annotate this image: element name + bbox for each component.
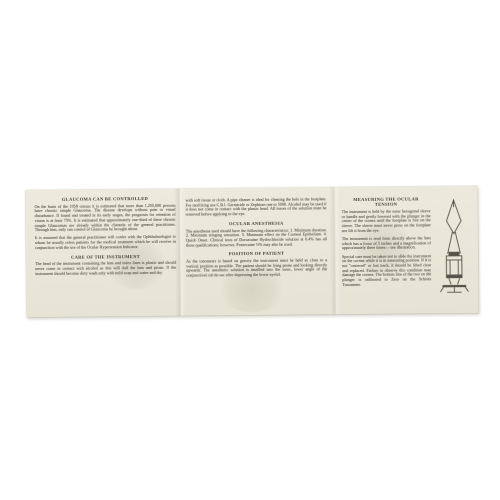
- section-heading: POSITION OF PATIENT: [186, 251, 327, 258]
- fold-crease: [329, 187, 340, 314]
- panel-glaucoma-controlled: GLAUCOMA CAN BE CONTROLLED On the basis …: [34, 196, 176, 280]
- panel-anesthesia-position: with soft tissue or cloth. A pipe cleane…: [185, 197, 327, 282]
- fold-crease: [174, 189, 185, 316]
- body-paragraph: Special care must be taken not to slide …: [342, 254, 431, 288]
- pamphlet: GLAUCOMA CAN BE CONTROLLED On the basis …: [25, 186, 478, 317]
- body-paragraph: The head of the instrument containing th…: [35, 261, 176, 276]
- section-heading: GLAUCOMA CAN BE CONTROLLED: [34, 196, 175, 203]
- body-paragraph: with soft tissue or cloth. A pipe cleane…: [185, 197, 326, 217]
- section-heading: CARE OF THE INSTRUMENT: [35, 253, 176, 260]
- tonometer-illustration: [430, 196, 476, 301]
- body-paragraph: The anesthesia used should have the foll…: [186, 228, 327, 248]
- measuring-text-column: MEASURING THE OCULAR TENSION The instrum…: [341, 196, 431, 302]
- body-paragraph: The instrument is held by the outer hexa…: [342, 209, 431, 233]
- section-heading: MEASURING THE OCULAR TENSION: [341, 196, 430, 207]
- body-paragraph: On the basis of the 1958 census it is es…: [35, 203, 176, 233]
- section-heading: OCULAR ANESTHESIA: [186, 220, 327, 227]
- body-paragraph: As the tonometer is based on gravity the…: [186, 258, 327, 278]
- panel-measuring-tension: MEASURING THE OCULAR TENSION The instrum…: [341, 196, 476, 302]
- body-paragraph: It is assumed that the general practitio…: [35, 235, 176, 250]
- tonometer-drawing-icon: [433, 197, 474, 301]
- scan-background: GLAUCOMA CAN BE CONTROLLED On the basis …: [0, 0, 500, 500]
- body-paragraph: The instrument is read from directly abo…: [342, 236, 431, 251]
